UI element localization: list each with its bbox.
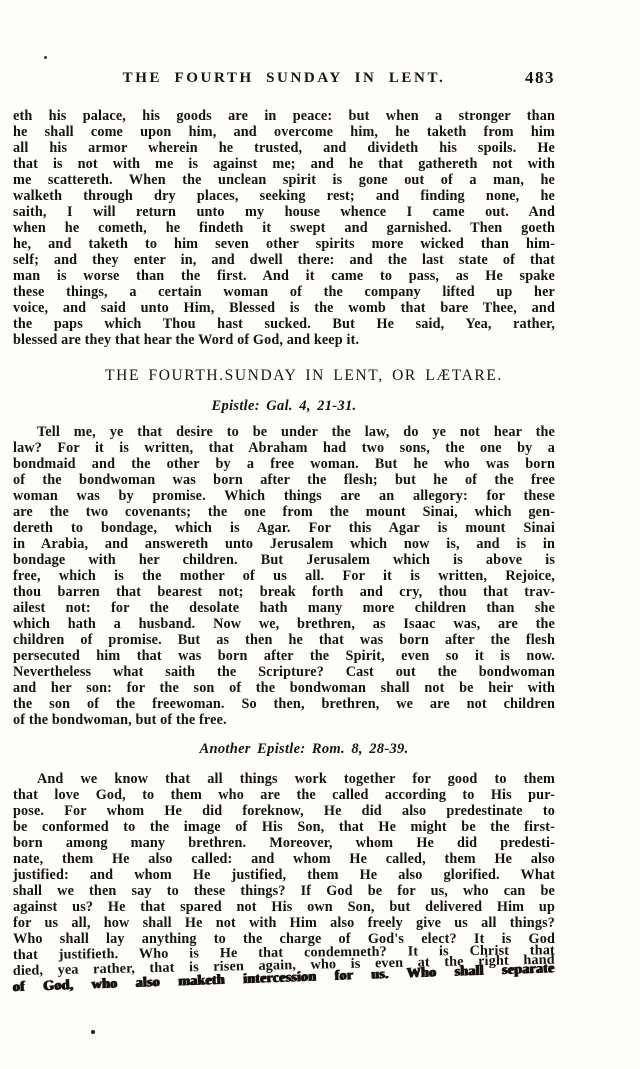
epistle-paragraph: Tell me, ye that desire to be under the …	[13, 424, 555, 728]
text-line: eth his palace, his goods are in peace: …	[13, 108, 555, 124]
text-line: blessed are they that hear the Word of G…	[13, 332, 555, 348]
text-line: saith, I will return unto my house whenc…	[13, 204, 555, 220]
text-line: all his armor wherein he trusted, and di…	[13, 140, 555, 156]
text-line: free, which is the mother of us all. For…	[13, 568, 555, 584]
section-heading: THE FOURTH.SUNDAY IN LENT, OR LÆTARE.	[33, 367, 575, 385]
ink-speck	[44, 56, 47, 59]
text-line: persecuted him that was born after the S…	[13, 648, 555, 664]
text-line: the son of the freewoman. So then, breth…	[13, 696, 555, 712]
text-line: dereth to bondage, which is Agar. For th…	[13, 520, 555, 536]
text-line: bondmaid and the other by a free woman. …	[13, 456, 555, 472]
text-line: which hath a husband. Now we, brethren, …	[13, 616, 555, 632]
text-line: the paps which Thou hast sucked. But He …	[13, 316, 555, 332]
text-line: self; and they enter in, and dwell there…	[13, 252, 555, 268]
text-line: are the two covenants; the one from the …	[13, 504, 555, 520]
text-line: that love God, to them who are the calle…	[13, 787, 555, 803]
text-line: shall we then say to these things? If Go…	[13, 883, 555, 899]
another-epistle-paragraph: And we know that all things work togethe…	[13, 771, 555, 995]
text-line: ailest not: for the desolate hath many m…	[13, 600, 555, 616]
running-header-title: THE FOURTH SUNDAY IN LENT.	[13, 70, 555, 87]
text-line: be conformed to the image of His Son, th…	[13, 819, 555, 835]
text-line: pose. For whom He did foreknow, He did a…	[13, 803, 555, 819]
scanned-book-page: THE FOURTH SUNDAY IN LENT. 483 eth his p…	[0, 0, 640, 1069]
text-line: nate, them He also called: and whom He c…	[13, 851, 555, 867]
text-line: woman was by promise. Which things are a…	[13, 488, 555, 504]
text-line: bondage with her children. But Jerusalem…	[13, 552, 555, 568]
text-line: when he cometh, he findeth it swept and …	[13, 220, 555, 236]
epistle-heading: Epistle: Gal. 4, 21-31.	[13, 398, 555, 415]
gospel-continuation-paragraph: eth his palace, his goods are in peace: …	[13, 108, 555, 348]
text-line: these things, a certain woman of the com…	[13, 284, 555, 300]
text-line: born among many brethren. Moreover, whom…	[13, 835, 555, 851]
text-line: of the bondwoman was born after the fles…	[13, 472, 555, 488]
text-line: for us all, how shall He not with Him al…	[13, 915, 555, 931]
text-line: in Arabia, and answereth unto Jerusalem …	[13, 536, 555, 552]
text-line: Nevertheless what saith the Scripture? C…	[13, 664, 555, 680]
text-line: of the bondwoman, but of the free.	[13, 712, 555, 728]
text-line: me scattereth. When the unclean spirit i…	[13, 172, 555, 188]
text-line: against us? He that spared not His own S…	[13, 899, 555, 915]
text-line: and her son: for the son of the bondwoma…	[13, 680, 555, 696]
text-line: And we know that all things work togethe…	[13, 771, 555, 787]
text-line: that is not with me is against me; and h…	[13, 156, 555, 172]
text-line: he, and taketh to him seven other spirit…	[13, 236, 555, 252]
ink-speck	[91, 1030, 95, 1034]
text-line: walketh through dry places, seeking rest…	[13, 188, 555, 204]
text-line: man is worse than the first. And it came…	[13, 268, 555, 284]
text-line: he shall come upon him, and overcome him…	[13, 124, 555, 140]
text-line: thou barren that bearest not; break fort…	[13, 584, 555, 600]
running-header: THE FOURTH SUNDAY IN LENT. 483	[13, 70, 555, 92]
text-line: law? For it is written, that Abraham had…	[13, 440, 555, 456]
another-epistle-heading: Another Epistle: Rom. 8, 28-39.	[33, 741, 575, 758]
page-number: 483	[525, 68, 555, 88]
text-line: voice, and said unto Him, Blessed is the…	[13, 300, 555, 316]
text-line: justified: and whom He justified, them H…	[13, 867, 555, 883]
text-line: children of promise. But as then he that…	[13, 632, 555, 648]
text-line: Tell me, ye that desire to be under the …	[13, 424, 555, 440]
